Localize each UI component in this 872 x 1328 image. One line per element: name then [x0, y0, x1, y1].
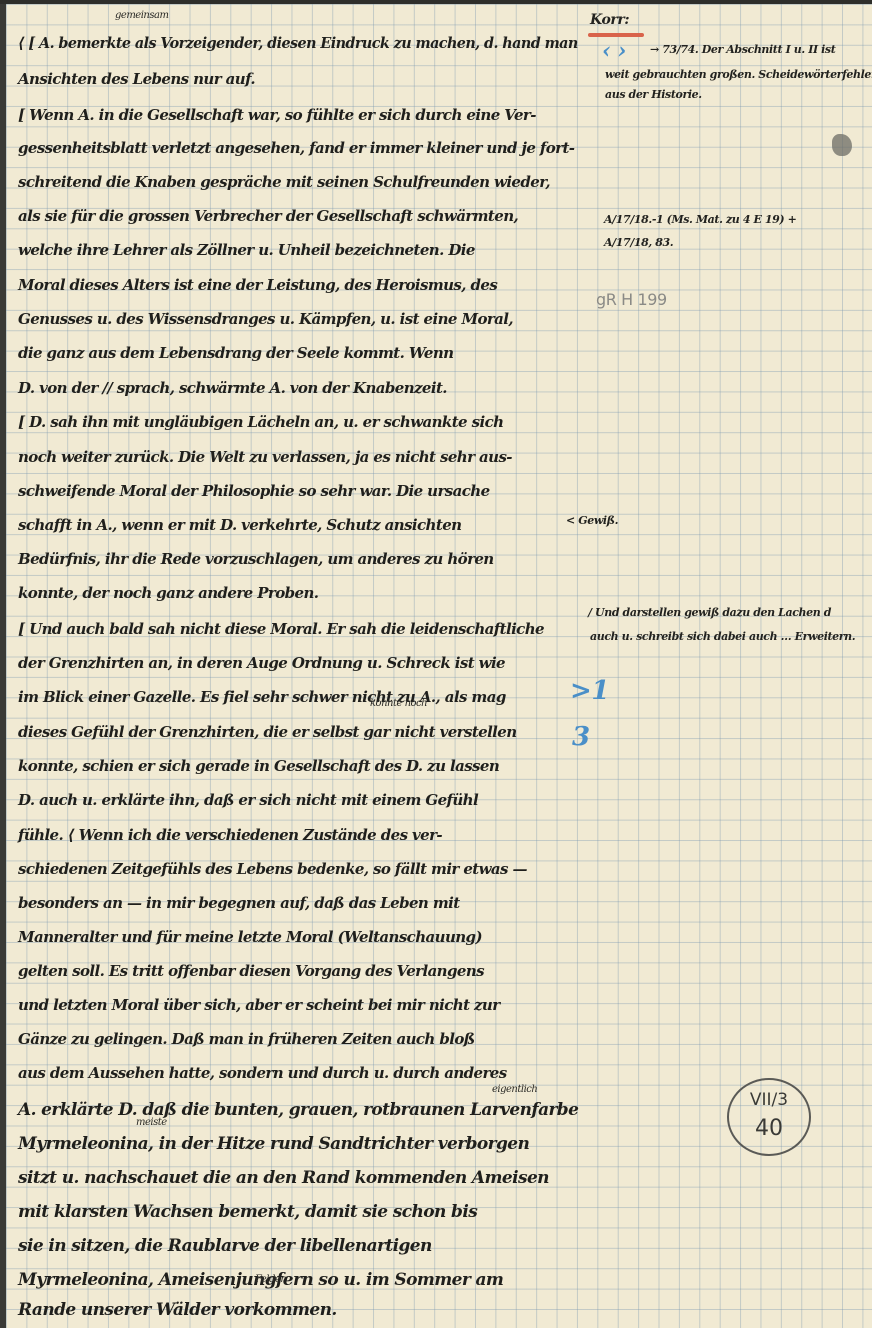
- handwritten-line: sie in sitzen, die Raublarve der libelle…: [18, 1236, 432, 1256]
- folio-stamp: VII/3 40: [727, 1078, 811, 1156]
- handwritten-line: aus dem Aussehen hatte, sondern und durc…: [18, 1064, 507, 1082]
- manuscript-page: ⟨ [ A. bemerkte als Vorzeigender, diesen…: [0, 0, 872, 1328]
- archive-ref-2: A/17/18, 83.: [604, 236, 673, 249]
- interlinear-insertion: konnte noch: [370, 698, 427, 709]
- handwritten-line: welche ihre Lehrer als Zöllner u. Unheil…: [18, 241, 475, 259]
- ink-blot: [832, 134, 852, 156]
- korr-note-2: weit gebrauchten großen. Scheidewörterfe…: [605, 68, 872, 81]
- handwritten-line: und letzten Moral über sich, aber er sch…: [18, 996, 500, 1014]
- handwritten-line: noch weiter zurück. Die Welt zu verlasse…: [18, 448, 512, 466]
- side-note-1: / Und darstellen gewiß dazu den Lachen d: [588, 606, 831, 619]
- handwritten-line: Rande unserer Wälder vorkommen.: [18, 1300, 337, 1320]
- handwritten-line: sitzt u. nachschauet die an den Rand kom…: [18, 1168, 549, 1188]
- folio-stamp-bottom: 40: [729, 1116, 809, 1141]
- handwritten-line: D. auch u. erklärte ihn, daß er sich nic…: [18, 791, 478, 809]
- gewiss-note: < Gewiß.: [566, 514, 618, 527]
- handwritten-line: A. erklärte D. daß die bunten, grauen, r…: [18, 1100, 578, 1120]
- handwritten-line: konnte, der noch ganz andere Proben.: [18, 584, 318, 602]
- interlinear-insertion: Felder: [255, 1274, 285, 1285]
- side-note-2: auch u. schreibt sich dabei auch … Erwei…: [590, 630, 855, 643]
- korr-note-1: → 73/74. Der Abschnitt I u. II ist: [650, 43, 835, 56]
- handwritten-line: ⟨ [ A. bemerkte als Vorzeigender, diesen…: [18, 34, 578, 52]
- handwritten-line: [ Wenn A. in die Gesellschaft war, so fü…: [18, 106, 536, 124]
- interlinear-insertion: eigentlich: [492, 1084, 537, 1095]
- handwritten-line: als sie für die grossen Verbrecher der G…: [18, 207, 518, 225]
- handwritten-line: schiedenen Zeitgefühls des Lebens bedenk…: [18, 860, 527, 878]
- folio-stamp-top: VII/3: [729, 1090, 809, 1110]
- handwritten-line: schweifende Moral der Philosophie so seh…: [18, 482, 490, 500]
- handwritten-line: Ansichten des Lebens nur auf.: [18, 70, 255, 88]
- handwritten-line: fühle. ⟨ Wenn ich die verschiedenen Zust…: [18, 826, 442, 844]
- korr-note-3: aus der Historie.: [605, 88, 702, 101]
- handwritten-line: gessenheitsblatt verletzt angesehen, fan…: [18, 139, 574, 157]
- handwritten-line: dieses Gefühl der Grenzhirten, die er se…: [18, 723, 517, 741]
- handwritten-line: [ D. sah ihn mit ungläubigen Lächeln an,…: [18, 413, 503, 431]
- handwritten-line: gelten soll. Es tritt offenbar diesen Vo…: [18, 962, 484, 980]
- blue-mark-2: 3: [572, 722, 590, 752]
- pencil-ref: gR H 199: [596, 290, 667, 309]
- korr-red-underline: [588, 33, 644, 37]
- handwritten-line: schreitend die Knaben gespräche mit sein…: [18, 173, 550, 191]
- blue-bracket-icon: ‹ ›: [602, 38, 626, 64]
- interlinear-insertion: gemeinsam: [115, 10, 168, 21]
- handwritten-line: schafft in A., wenn er mit D. verkehrte,…: [18, 516, 461, 534]
- handwritten-line: [ Und auch bald sah nicht diese Moral. E…: [18, 620, 544, 638]
- handwritten-line: besonders an — in mir begegnen auf, daß …: [18, 894, 460, 912]
- handwritten-line: die ganz aus dem Lebensdrang der Seele k…: [18, 344, 453, 362]
- handwritten-line: im Blick einer Gazelle. Es fiel sehr sch…: [18, 688, 506, 706]
- handwritten-line: mit klarsten Wachsen bemerkt, damit sie …: [18, 1202, 477, 1222]
- handwritten-line: Bedürfnis, ihr die Rede vorzuschlagen, u…: [18, 550, 494, 568]
- handwritten-line: Gänze zu gelingen. Daß man in früheren Z…: [18, 1030, 475, 1048]
- archive-ref-1: A/17/18.-1 (Ms. Mat. zu 4 E 19) +: [604, 213, 796, 226]
- handwritten-line: der Grenzhirten an, in deren Auge Ordnun…: [18, 654, 505, 672]
- korr-heading: Korr:: [590, 12, 629, 28]
- blue-mark-1: >1: [570, 676, 609, 706]
- handwritten-line: Moral dieses Alters ist eine der Leistun…: [18, 276, 497, 294]
- handwritten-line: Myrmeleonina, in der Hitze rund Sandtric…: [18, 1134, 529, 1154]
- handwritten-line: Manneralter und für meine letzte Moral (…: [18, 928, 482, 946]
- handwritten-line: D. von der // sprach, schwärmte A. von d…: [18, 379, 447, 397]
- interlinear-insertion: meiste: [136, 1117, 167, 1128]
- handwritten-line: Genusses u. des Wissensdranges u. Kämpfe…: [18, 310, 513, 328]
- handwritten-line: konnte, schien er sich gerade in Gesells…: [18, 757, 499, 775]
